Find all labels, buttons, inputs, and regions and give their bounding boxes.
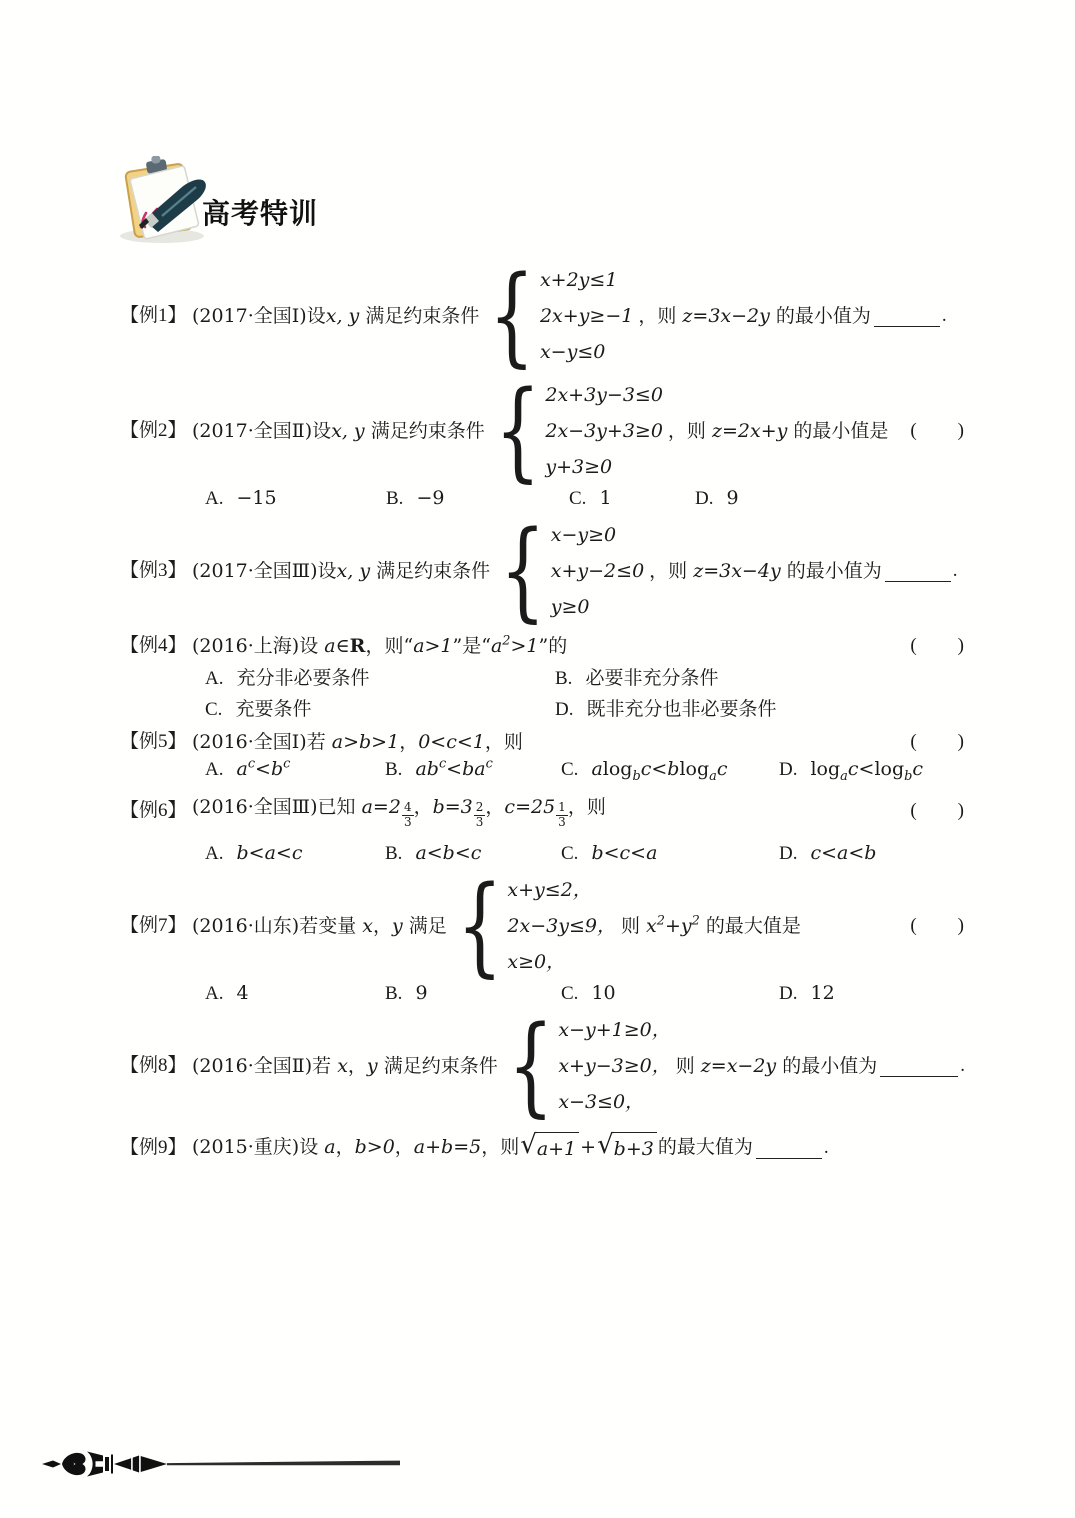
option-value: 12 <box>810 982 834 1004</box>
option-d: D.既非充分也非必要条件 <box>555 694 777 721</box>
problem-label: 【例9】 <box>120 1134 192 1163</box>
system-line: y+3≥0 <box>545 449 663 485</box>
option-key: A. <box>205 668 223 690</box>
document-page: 高考特训 【例1】 (2017·全国Ⅰ)设x, y 满足约束条件 { x+2y≤… <box>0 0 1075 1518</box>
option-b: B.必要非充分条件 <box>555 663 718 690</box>
problem-7: 【例7】 (2016·山东)若变量 x，y 满足 { x+y≤2， 2x−3y≤… <box>120 872 965 1005</box>
option-key: A. <box>205 983 223 1005</box>
options-row: A.−15 B.−9 C.1 D.9 <box>205 487 965 510</box>
inequality-system: { x+2y≤1 2x+y≥−1 x−y≤0 <box>480 262 633 370</box>
problem-text: (2015·重庆)设 a，b>0，a+b=5，则√a+1+√b+3的最大值为 <box>192 1132 753 1164</box>
option-value: 既非充分也非必要条件 <box>586 694 776 721</box>
option-key: B. <box>385 843 402 865</box>
option-c: C.b<c<a <box>561 842 779 865</box>
problem-row: 【例2】 (2017·全国Ⅱ)设x, y 满足约束条件 { 2x+3y−3≤0 … <box>120 377 965 485</box>
system-line: x≥0， <box>507 944 616 980</box>
problem-text: (2017·全国Ⅰ)设x, y 满足约束条件 <box>192 302 479 331</box>
option-value: a<b<c <box>415 842 481 864</box>
option-value: alogbc<blogac <box>591 758 727 780</box>
option-value: 9 <box>415 982 427 1004</box>
option-key: C. <box>561 983 578 1005</box>
option-d: D.logac<logbc <box>779 758 923 781</box>
problem-label: 【例7】 <box>120 912 192 941</box>
option-value: 9 <box>726 487 738 509</box>
option-key: B. <box>385 983 402 1005</box>
answer-parentheses: ( ) <box>910 797 965 826</box>
option-value: ac<bc <box>236 758 290 780</box>
problem-list: 【例1】 (2017·全国Ⅰ)设x, y 满足约束条件 { x+2y≤1 2x+… <box>120 262 965 1176</box>
inequality-system: { 2x+3y−3≤0 2x−3y+3≥0 y+3≥0 <box>486 377 663 485</box>
option-c: C.alogbc<blogac <box>561 758 779 781</box>
system-line: x−y≤0 <box>540 334 633 370</box>
option-value: 1 <box>599 487 611 509</box>
problem-row: 【例7】 (2016·山东)若变量 x，y 满足 { x+y≤2， 2x−3y≤… <box>120 872 965 980</box>
problem-text: 则 z=x−2y 的最小值为 <box>676 1052 877 1081</box>
option-key: A. <box>205 488 223 510</box>
answer-parentheses: ( ) <box>910 912 965 941</box>
problem-row: 【例4】 (2016·上海)设 a∈R，则“a>1”是“a2>1”的 ( ) <box>120 632 965 661</box>
problem-1: 【例1】 (2017·全国Ⅰ)设x, y 满足约束条件 { x+2y≤1 2x+… <box>120 262 965 370</box>
period: . <box>960 1052 965 1081</box>
system-line: x+2y≤1 <box>540 262 633 298</box>
system-line: 2x+3y−3≤0 <box>545 377 663 413</box>
problem-2: 【例2】 (2017·全国Ⅱ)设x, y 满足约束条件 { 2x+3y−3≤0 … <box>120 377 965 510</box>
answer-blank <box>880 1055 958 1077</box>
footer-ornament-icon <box>42 1446 402 1482</box>
system-line: x+y≤2， <box>507 872 616 908</box>
problem-9: 【例9】 (2015·重庆)设 a，b>0，a+b=5，则√a+1+√b+3的最… <box>120 1127 965 1169</box>
option-key: B. <box>555 668 572 690</box>
answer-parentheses: ( ) <box>910 417 965 446</box>
inequality-system: { x+y≤2， 2x−3y≤9， x≥0， <box>448 872 616 980</box>
inequality-system: { x−y≥0 x+y−2≤0 y≥0 <box>491 517 644 625</box>
problem-text: ，则 z=2x+y 的最小值是 <box>668 417 888 446</box>
option-d: D.9 <box>695 487 739 510</box>
system-line: 2x+y≥−1 <box>540 298 633 334</box>
answer-blank <box>874 305 940 327</box>
problem-text: ，则 z=3x−2y 的最小值为 <box>638 302 871 331</box>
problem-label: 【例4】 <box>120 632 192 661</box>
problem-row: 【例6】 (2016·全国Ⅲ)已知 a=243，b=323，c=2513，则 (… <box>120 788 965 834</box>
option-a: A.ac<bc <box>205 758 385 781</box>
option-value: 充要条件 <box>235 694 311 721</box>
page-title: 高考特训 <box>202 192 318 232</box>
system-line: x−y+1≥0， <box>558 1012 670 1048</box>
option-key: D. <box>695 488 713 510</box>
problem-5: 【例5】 (2016·全国Ⅰ)若 a>b>1，0<c<1，则 ( ) A.ac<… <box>120 728 965 782</box>
problem-label: 【例1】 <box>120 302 192 331</box>
option-c: C.10 <box>561 982 779 1005</box>
option-value: logac<logbc <box>810 758 923 780</box>
problem-6: 【例6】 (2016·全国Ⅲ)已知 a=243，b=323，c=2513，则 (… <box>120 788 965 865</box>
option-a: A.b<a<c <box>205 842 385 865</box>
option-value: −15 <box>236 487 276 509</box>
option-value: b<c<a <box>591 842 657 864</box>
section-header: 高考特训 <box>112 156 318 246</box>
answer-parentheses: ( ) <box>910 728 965 757</box>
option-key: D. <box>779 983 797 1005</box>
option-key: C. <box>569 488 586 510</box>
option-value: b<a<c <box>236 842 302 864</box>
problem-row: 【例5】 (2016·全国Ⅰ)若 a>b>1，0<c<1，则 ( ) <box>120 728 965 757</box>
problem-text: (2017·全国Ⅱ)设x, y 满足约束条件 <box>192 417 485 446</box>
problem-text: (2017·全国Ⅲ)设x, y 满足约束条件 <box>192 557 490 586</box>
problem-text: 则 x2+y2 的最大值是 <box>621 912 801 941</box>
option-value: 4 <box>236 982 248 1004</box>
option-value: 10 <box>591 982 615 1004</box>
problem-text: (2016·山东)若变量 x，y 满足 <box>192 912 447 941</box>
clipboard-pen-icon <box>112 156 216 246</box>
options-row: A.充分非必要条件 B.必要非充分条件 <box>205 663 965 690</box>
option-b: B.abc<bac <box>385 758 561 781</box>
system-line: x+y−2≤0 <box>551 553 644 589</box>
problem-label: 【例3】 <box>120 557 192 586</box>
period: . <box>942 302 947 331</box>
answer-blank <box>756 1137 822 1159</box>
problem-label: 【例8】 <box>120 1052 192 1081</box>
option-value: 必要非充分条件 <box>585 663 718 690</box>
option-d: D.c<a<b <box>779 842 876 865</box>
footer-divider <box>42 1446 402 1487</box>
option-c: C.1 <box>569 487 695 510</box>
answer-blank <box>885 560 951 582</box>
option-key: B. <box>386 488 403 510</box>
option-value: c<a<b <box>810 842 876 864</box>
option-a: A.4 <box>205 982 385 1005</box>
option-a: A.充分非必要条件 <box>205 663 555 690</box>
system-line: y≥0 <box>551 589 644 625</box>
option-key: A. <box>205 843 223 865</box>
option-key: C. <box>205 699 222 721</box>
options-row: A.4 B.9 C.10 D.12 <box>205 982 965 1005</box>
problem-row: 【例1】 (2017·全国Ⅰ)设x, y 满足约束条件 { x+2y≤1 2x+… <box>120 262 965 370</box>
problem-text: (2016·全国Ⅲ)已知 a=243，b=323，c=2513，则 <box>192 793 606 829</box>
option-key: D. <box>779 759 797 781</box>
options-row: A.b<a<c B.a<b<c C.b<c<a D.c<a<b <box>205 842 965 865</box>
problem-row: 【例8】 (2016·全国Ⅱ)若 x，y 满足约束条件 { x−y+1≥0， x… <box>120 1012 965 1120</box>
option-key: C. <box>561 759 578 781</box>
inequality-system: { x−y+1≥0， x+y−3≥0， x−3≤0， <box>499 1012 671 1120</box>
system-line: x−3≤0， <box>558 1084 670 1120</box>
system-line: 2x−3y≤9， <box>507 908 616 944</box>
option-key: C. <box>561 843 578 865</box>
option-value: abc<bac <box>415 758 492 780</box>
problem-4: 【例4】 (2016·上海)设 a∈R，则“a>1”是“a2>1”的 ( ) A… <box>120 632 965 721</box>
problem-3: 【例3】 (2017·全国Ⅲ)设x, y 满足约束条件 { x−y≥0 x+y−… <box>120 517 965 625</box>
problem-text: (2016·全国Ⅱ)若 x，y 满足约束条件 <box>192 1052 498 1081</box>
problem-8: 【例8】 (2016·全国Ⅱ)若 x，y 满足约束条件 { x−y+1≥0， x… <box>120 1012 965 1120</box>
problem-row: 【例9】 (2015·重庆)设 a，b>0，a+b=5，则√a+1+√b+3的最… <box>120 1127 965 1169</box>
answer-parentheses: ( ) <box>910 632 965 661</box>
problem-label: 【例2】 <box>120 417 192 446</box>
option-a: A.−15 <box>205 487 386 510</box>
problem-text: (2016·全国Ⅰ)若 a>b>1，0<c<1，则 <box>192 728 523 757</box>
option-key: B. <box>385 759 402 781</box>
option-d: D.12 <box>779 982 835 1005</box>
option-key: D. <box>555 699 573 721</box>
period: . <box>953 557 958 586</box>
problem-label: 【例6】 <box>120 797 192 826</box>
system-line: x+y−3≥0， <box>558 1048 670 1084</box>
problem-row: 【例3】 (2017·全国Ⅲ)设x, y 满足约束条件 { x−y≥0 x+y−… <box>120 517 965 625</box>
problem-text: (2016·上海)设 a∈R，则“a>1”是“a2>1”的 <box>192 632 567 661</box>
option-value: −9 <box>416 487 444 509</box>
options-row: A.ac<bc B.abc<bac C.alogbc<blogac D.loga… <box>205 758 965 781</box>
problem-text: ，则 z=3x−4y 的最小值为 <box>649 557 882 586</box>
problem-label: 【例5】 <box>120 728 192 757</box>
system-line: x−y≥0 <box>551 517 644 553</box>
option-key: A. <box>205 759 223 781</box>
period: . <box>824 1134 829 1163</box>
option-c: C.充要条件 <box>205 694 555 721</box>
option-value: 充分非必要条件 <box>236 663 369 690</box>
option-key: D. <box>779 843 797 865</box>
system-line: 2x−3y+3≥0 <box>545 413 663 449</box>
options-row: C.充要条件 D.既非充分也非必要条件 <box>205 694 965 721</box>
